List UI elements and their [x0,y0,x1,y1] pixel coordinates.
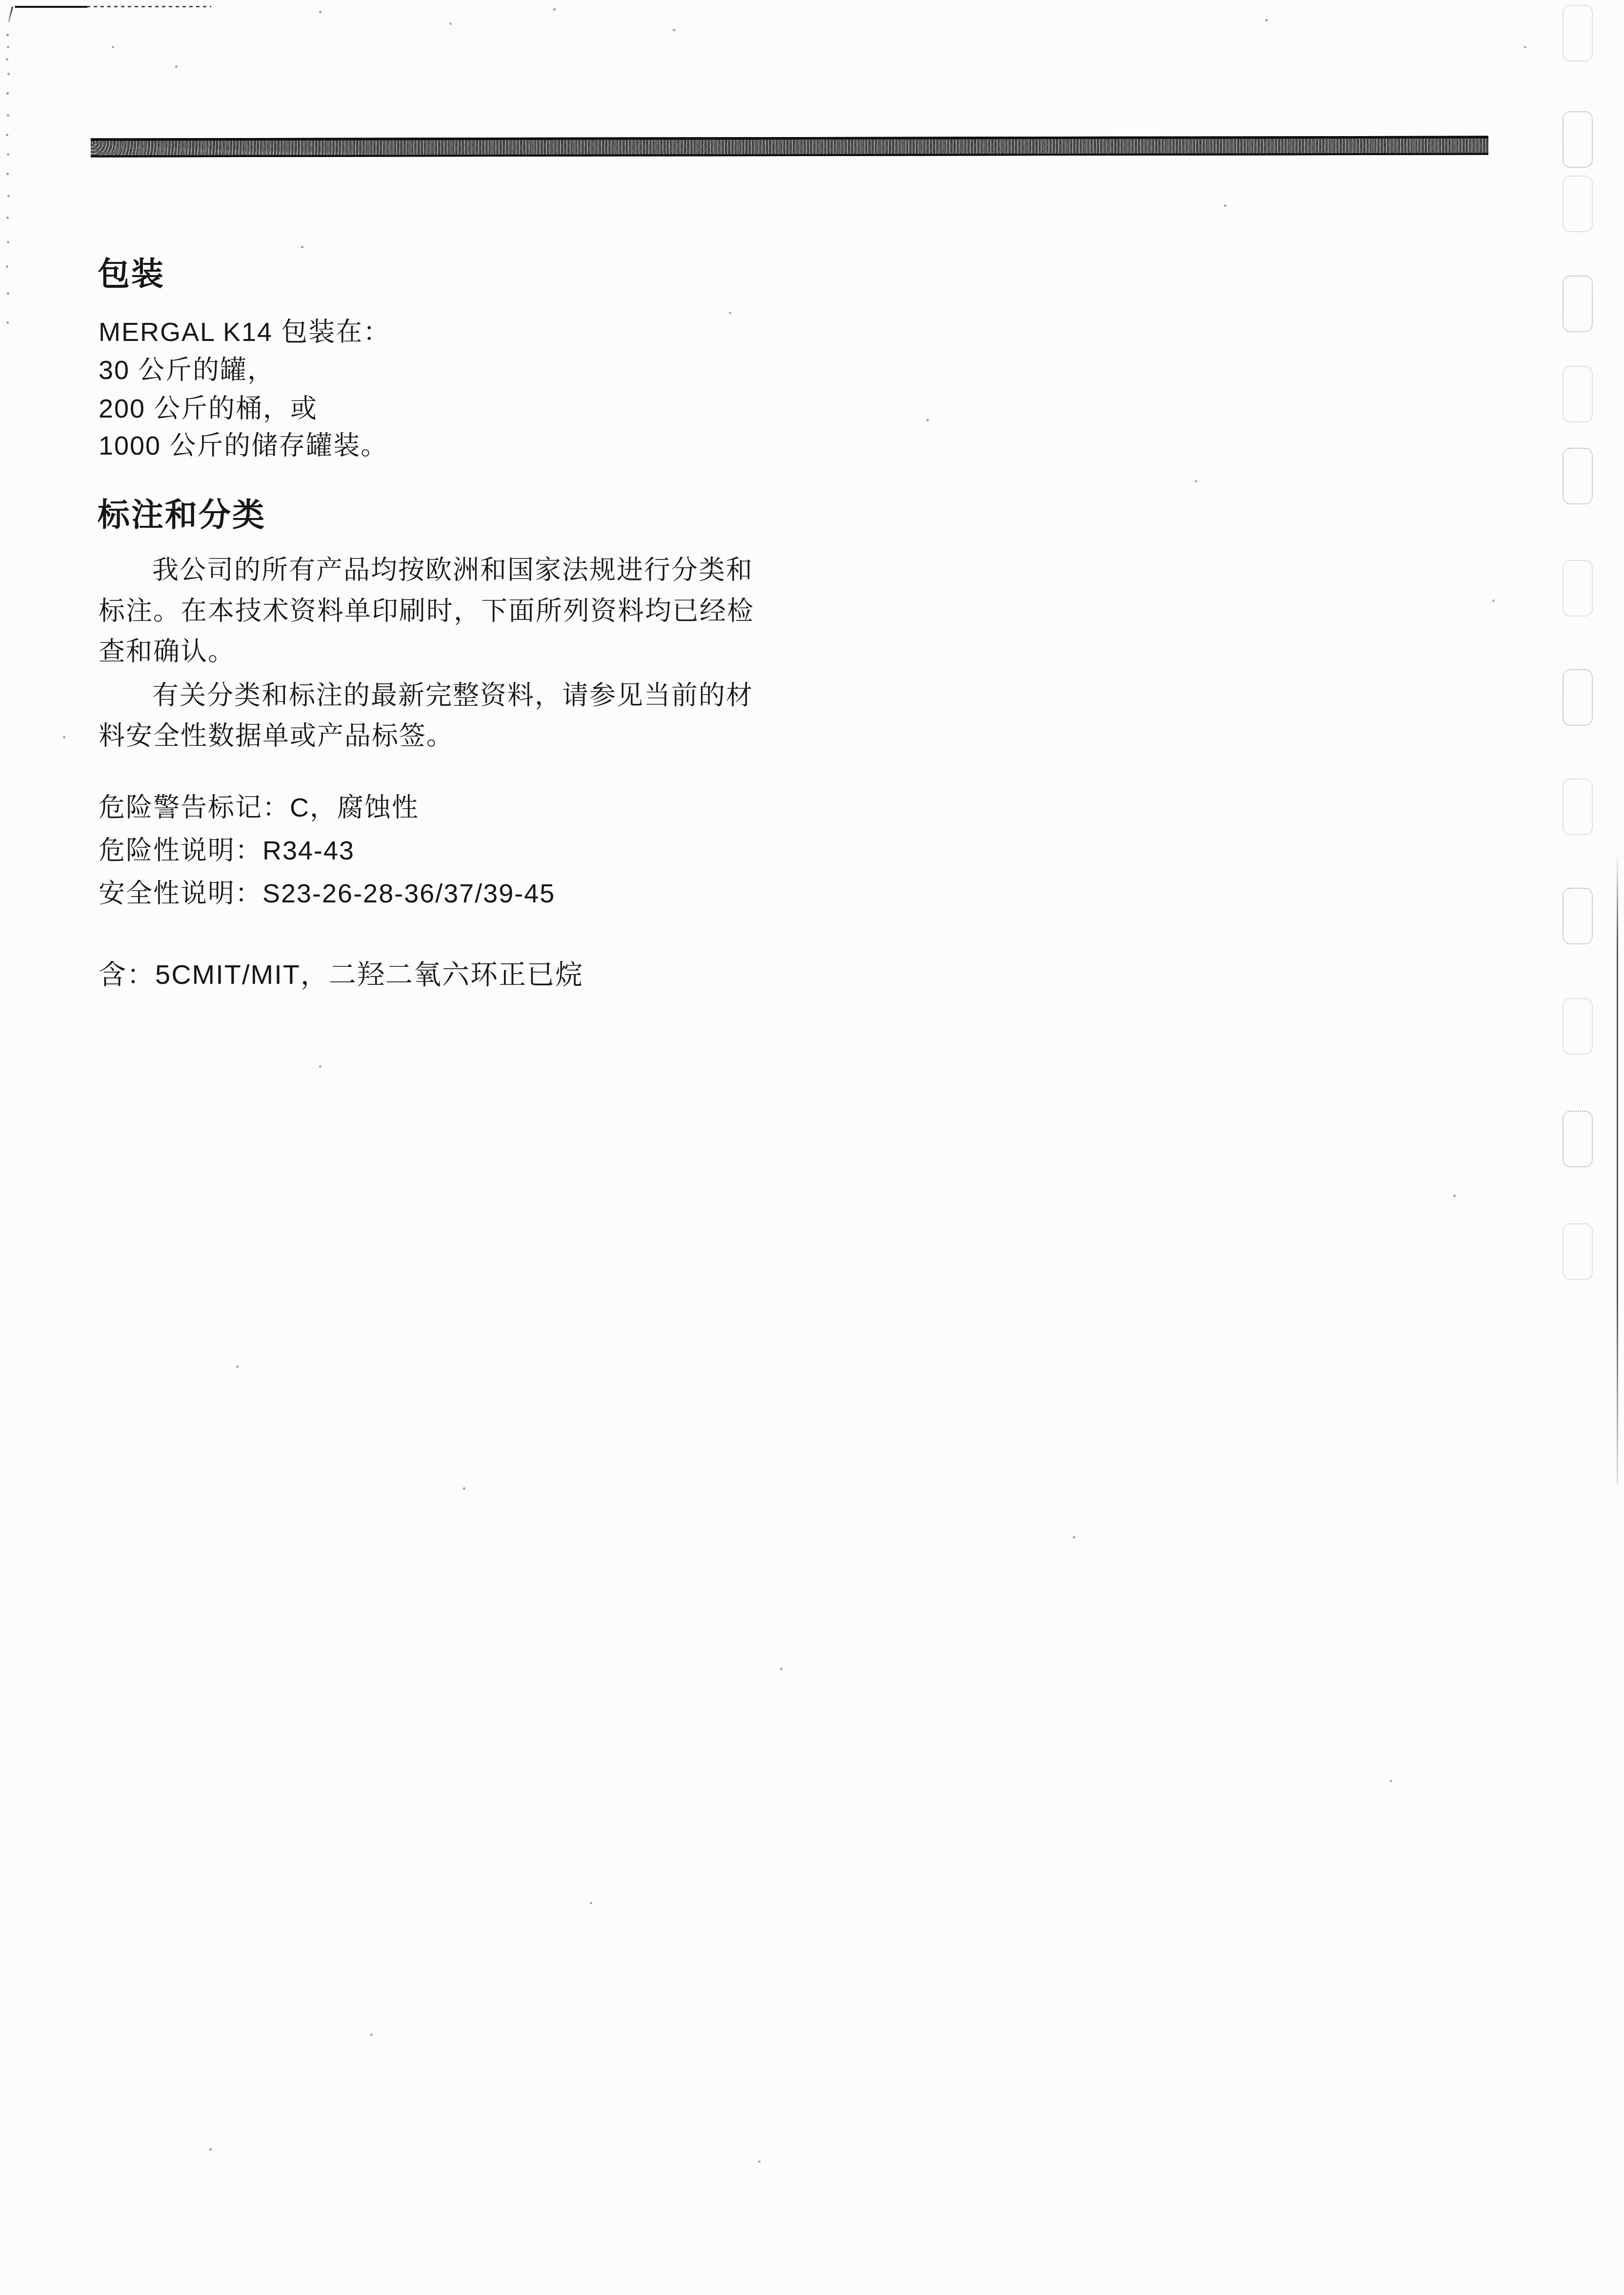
binder-hole [1563,111,1593,168]
scan-artifact-hook [8,6,13,23]
binder-hole [1563,888,1593,944]
hazard-symbol-line: 危险警告标记：C，腐蚀性 [99,794,419,822]
binder-hole [1563,366,1593,422]
labeling-paragraph2-line2: 料安全性数据单或产品标签。 [99,722,454,751]
scan-artifact-line [15,6,88,8]
binder-hole [1563,176,1593,232]
labeling-paragraph1-line2: 标注。在本技术资料单印刷时，下面所列资料均已经检 [99,597,754,626]
divider-bar [91,136,1488,157]
binder-hole [1563,998,1593,1055]
scan-specks [0,0,1,1]
section-heading-packaging: 包装 [98,258,165,290]
binder-hole [1563,778,1593,835]
packaging-line-tank: 1000 公斤的储存罐装。 [99,432,388,460]
packaging-line-can: 30 公斤的罐， [99,356,275,385]
binder-hole [1563,1111,1593,1167]
binder-hole [1563,669,1593,726]
section-heading-labeling: 标注和分类 [98,499,266,531]
binder-hole [1563,448,1593,504]
binder-hole [1563,276,1593,332]
packaging-line-product: MERGAL K14 包装在： [99,318,390,347]
labeling-paragraph2-line1: 有关分类和标注的最新完整资料，请参见当前的材 [152,681,753,710]
labeling-paragraph1-line1: 我公司的所有产品均按欧洲和国家法规进行分类和 [152,556,753,585]
binder-hole [1563,1223,1593,1280]
binder-hole [1563,5,1593,61]
binder-hole [1563,560,1593,617]
scan-artifact-right-line [1617,853,1618,1484]
contains-line: 含：5CMIT/MIT，二羟二氧六环正已烷 [99,959,583,990]
labeling-paragraph1-line3: 查和确认。 [99,638,235,666]
safety-phrases-line: 安全性说明：S23-26-28-36/37/39-45 [99,879,555,908]
scan-artifact-dashed-line [87,6,211,7]
packaging-line-drum: 200 公斤的桶，或 [99,395,318,423]
scanned-document-page: 包装 MERGAL K14 包装在： 30 公斤的罐， 200 公斤的桶，或 1… [0,0,1624,2295]
risk-phrases-line: 危险性说明：R34-43 [99,837,355,865]
